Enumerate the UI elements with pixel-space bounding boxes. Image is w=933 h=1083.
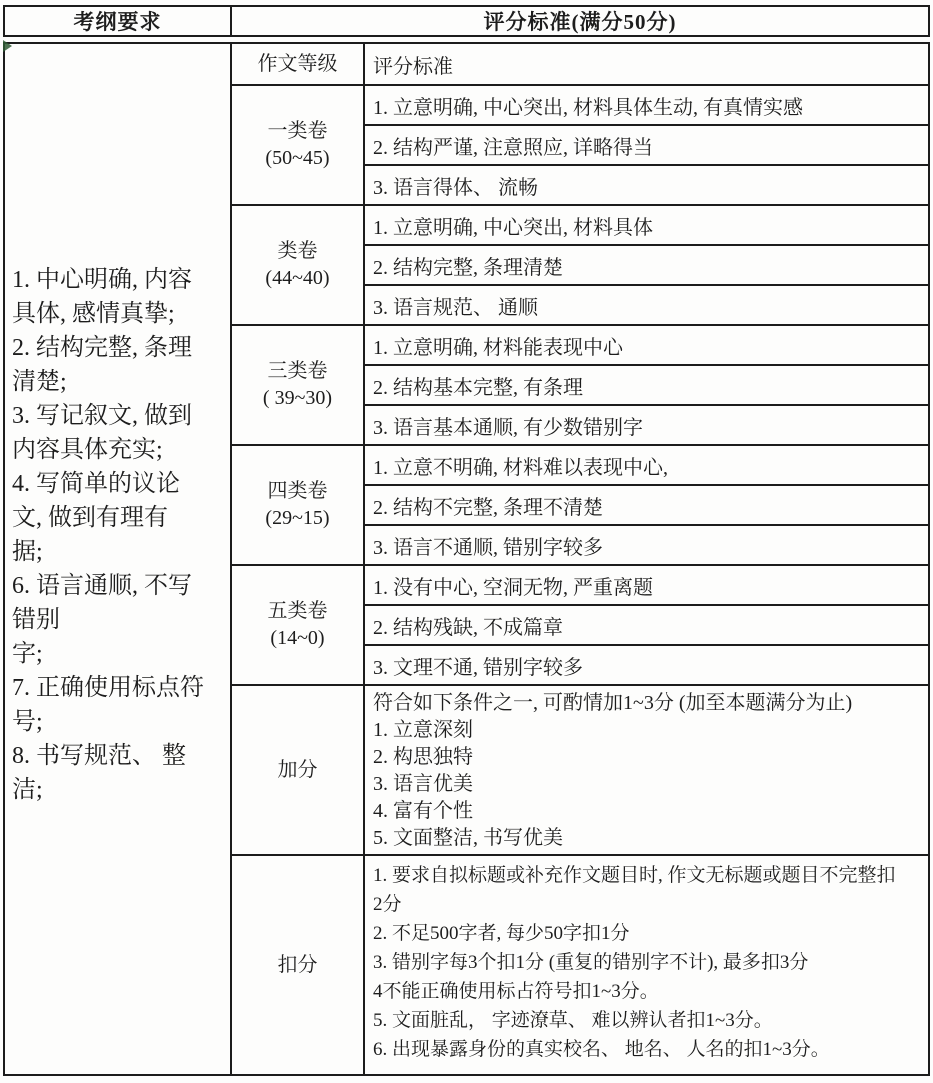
grade-1-criteria: 1. 立意明确, 中心突出, 材料具体生动, 有真情实感 2. 结构严谨, 注意…	[365, 86, 928, 204]
grade-group-5: 五类卷 (14~0) 1. 没有中心, 空洞无物, 严重离题 2. 结构残缺, …	[232, 566, 928, 686]
grade-2-name: 类卷	[278, 238, 318, 265]
grade-5-criteria: 1. 没有中心, 空洞无物, 严重离题 2. 结构残缺, 不成篇章 3. 文理不…	[365, 566, 928, 684]
grade-2-cell: 类卷 (44~40)	[232, 206, 365, 324]
criterion: 1. 没有中心, 空洞无物, 严重离题	[365, 566, 928, 606]
criterion: 1. 立意不明确, 材料难以表现中心,	[365, 446, 928, 486]
header-scoring-criteria: 评分标准(满分50分)	[232, 7, 928, 35]
grade-4-cell: 四类卷 (29~15)	[232, 446, 365, 564]
subheader-grade-cell: 作文等级	[232, 44, 365, 84]
deduction-label: 扣分	[278, 952, 318, 979]
criterion: 3. 语言规范、 通顺	[365, 286, 928, 324]
criteria-section: 作文等级 评分标准 一类卷 (50~45) 1. 立意明确, 中心突出, 材料具…	[232, 44, 928, 1074]
grade-group-2: 类卷 (44~40) 1. 立意明确, 中心突出, 材料具体 2. 结构完整, …	[232, 206, 928, 326]
grade-3-range: ( 39~30)	[263, 385, 332, 412]
criterion: 3. 语言基本通顺, 有少数错别字	[365, 406, 928, 444]
grade-1-cell: 一类卷 (50~45)	[232, 86, 365, 204]
criterion: 2. 结构完整, 条理清楚	[365, 246, 928, 286]
grade-5-range: (14~0)	[270, 625, 324, 652]
header-row: 考纲要求 评分标准(满分50分)	[3, 5, 930, 37]
grade-3-name: 三类卷	[268, 358, 328, 385]
criterion: 2. 结构严谨, 注意照应, 详略得当	[365, 126, 928, 166]
grade-3-cell: 三类卷 ( 39~30)	[232, 326, 365, 444]
grade-1-name: 一类卷	[268, 118, 328, 145]
criterion: 1. 立意明确, 中心突出, 材料具体	[365, 206, 928, 246]
deduction-text: 1. 要求自拟标题或补充作文题目时, 作文无标题或题目不完整扣 2分 2. 不足…	[365, 856, 928, 1074]
criterion: 1. 立意明确, 中心突出, 材料具体生动, 有真情实感	[365, 86, 928, 126]
subheader-row: 作文等级 评分标准	[232, 44, 928, 86]
header-outline-requirements: 考纲要求	[5, 7, 232, 35]
grade-2-range: (44~40)	[265, 265, 329, 292]
table-body: 1. 中心明确, 内容 具体, 感情真挚; 2. 结构完整, 条理 清楚; 3.…	[3, 42, 930, 1076]
bonus-row: 加分 符合如下条件之一, 可酌情加1~3分 (加至本题满分为止) 1. 立意深刻…	[232, 686, 928, 856]
deduction-row: 扣分 1. 要求自拟标题或补充作文题目时, 作文无标题或题目不完整扣 2分 2.…	[232, 856, 928, 1074]
grade-group-4: 四类卷 (29~15) 1. 立意不明确, 材料难以表现中心, 2. 结构不完整…	[232, 446, 928, 566]
criterion: 3. 语言得体、 流畅	[365, 166, 928, 204]
outline-requirements-cell: 1. 中心明确, 内容 具体, 感情真挚; 2. 结构完整, 条理 清楚; 3.…	[5, 44, 232, 1074]
bonus-label: 加分	[278, 757, 318, 784]
subheader-grade-label: 作文等级	[258, 51, 338, 78]
grade-4-criteria: 1. 立意不明确, 材料难以表现中心, 2. 结构不完整, 条理不清楚 3. 语…	[365, 446, 928, 564]
bonus-text: 符合如下条件之一, 可酌情加1~3分 (加至本题满分为止) 1. 立意深刻 2.…	[365, 686, 928, 854]
criterion: 3. 语言不通顺, 错别字较多	[365, 526, 928, 564]
criterion: 2. 结构基本完整, 有条理	[365, 366, 928, 406]
grade-group-3: 三类卷 ( 39~30) 1. 立意明确, 材料能表现中心 2. 结构基本完整,…	[232, 326, 928, 446]
grade-4-name: 四类卷	[268, 478, 328, 505]
criterion: 2. 结构不完整, 条理不清楚	[365, 486, 928, 526]
grade-5-name: 五类卷	[268, 598, 328, 625]
grade-2-criteria: 1. 立意明确, 中心突出, 材料具体 2. 结构完整, 条理清楚 3. 语言规…	[365, 206, 928, 324]
criterion: 2. 结构残缺, 不成篇章	[365, 606, 928, 646]
subheader-criteria-cell: 评分标准	[365, 44, 928, 84]
scan-artifact-triangle	[3, 40, 12, 52]
deduction-cell: 扣分	[232, 856, 365, 1074]
grade-1-range: (50~45)	[265, 145, 329, 172]
bonus-cell: 加分	[232, 686, 365, 854]
criterion: 1. 立意明确, 材料能表现中心	[365, 326, 928, 366]
outline-requirements-text: 1. 中心明确, 内容 具体, 感情真挚; 2. 结构完整, 条理 清楚; 3.…	[12, 263, 204, 807]
grade-3-criteria: 1. 立意明确, 材料能表现中心 2. 结构基本完整, 有条理 3. 语言基本通…	[365, 326, 928, 444]
grade-group-1: 一类卷 (50~45) 1. 立意明确, 中心突出, 材料具体生动, 有真情实感…	[232, 86, 928, 206]
grade-5-cell: 五类卷 (14~0)	[232, 566, 365, 684]
criterion: 3. 文理不通, 错别字较多	[365, 646, 928, 684]
scoring-rubric-document: 考纲要求 评分标准(满分50分) 1. 中心明确, 内容 具体, 感情真挚; 2…	[0, 0, 933, 1083]
grade-4-range: (29~15)	[265, 505, 329, 532]
